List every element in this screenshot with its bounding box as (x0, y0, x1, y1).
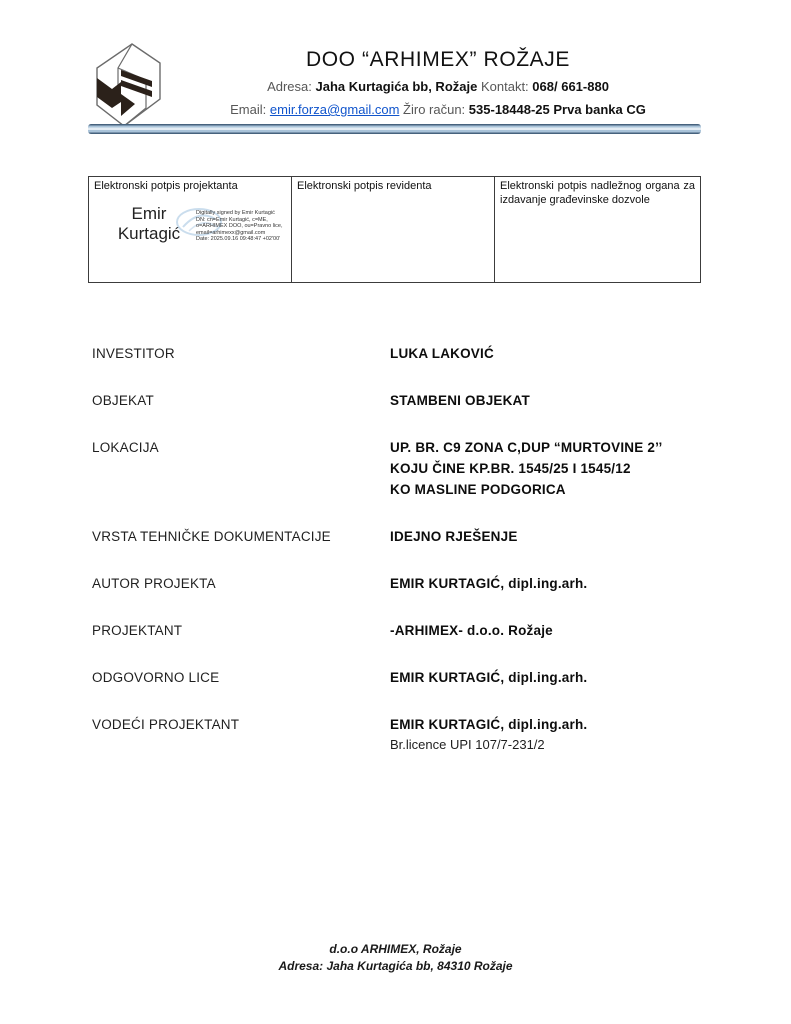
header-text-block: DOO “ARHIMEX” ROŽAJE Adresa: Jaha Kurtag… (174, 42, 702, 133)
info-row-lokacija: LOKACIJA UP. BR. C9 ZONA C,DUP “MURTOVIN… (92, 437, 702, 500)
info-value: EMIR KURTAGIĆ, dipl.ing.arh. (390, 667, 702, 688)
project-info: INVESTITOR LUKA LAKOVIĆ OBJEKAT STAMBENI… (92, 343, 702, 780)
licence-number: Br.licence UPI 107/7-231/2 (390, 735, 702, 754)
info-label: AUTOR PROJEKTA (92, 573, 390, 594)
email-link[interactable]: emir.forza@gmail.com (270, 102, 400, 117)
document-page: DOO “ARHIMEX” ROŽAJE Adresa: Jaha Kurtag… (0, 0, 791, 1024)
info-value: STAMBENI OBJEKAT (390, 390, 702, 411)
info-label: VRSTA TEHNIČKE DOKUMENTACIJE (92, 526, 390, 547)
contact-value: 068/ 661-880 (532, 79, 609, 94)
info-value: EMIR KURTAGIĆ, dipl.ing.arh. (390, 573, 702, 594)
info-label: OBJEKAT (92, 390, 390, 411)
header-divider-bar (88, 124, 701, 134)
info-label: LOKACIJA (92, 437, 390, 500)
info-value: -ARHIMEX- d.o.o. Rožaje (390, 620, 702, 641)
address-label: Adresa: (267, 79, 312, 94)
info-label: INVESTITOR (92, 343, 390, 364)
header-email-line: Email: emir.forza@gmail.com Žiro račun: … (174, 102, 702, 118)
signature-col3-header: Elektronski potpis nadležnog organa za i… (500, 180, 695, 207)
info-row-objekat: OBJEKAT STAMBENI OBJEKAT (92, 390, 702, 411)
contact-label: Kontakt: (481, 79, 529, 94)
info-row-vrsta-dokumentacije: VRSTA TEHNIČKE DOKUMENTACIJE IDEJNO RJEŠ… (92, 526, 702, 547)
signature-col2-header: Elektronski potpis revidenta (297, 180, 489, 194)
info-value: LUKA LAKOVIĆ (390, 343, 702, 364)
email-label: Email: (230, 102, 266, 117)
signature-cell-projektant: Elektronski potpis projektanta Emir Kurt… (89, 177, 291, 282)
arhimex-logo-icon (88, 42, 174, 133)
info-value: EMIR KURTAGIĆ, dipl.ing.arh. (390, 714, 702, 735)
info-label: PROJEKTANT (92, 620, 390, 641)
signature-col1-header: Elektronski potpis projektanta (94, 180, 286, 194)
info-row-investitor: INVESTITOR LUKA LAKOVIĆ (92, 343, 702, 364)
info-row-odgovorno-lice: ODGOVORNO LICE EMIR KURTAGIĆ, dipl.ing.a… (92, 667, 702, 688)
header-address-line: Adresa: Jaha Kurtagića bb, Rožaje Kontak… (174, 79, 702, 95)
footer-company-line: d.o.o ARHIMEX, Rožaje (0, 941, 791, 958)
signature-table: Elektronski potpis projektanta Emir Kurt… (88, 176, 701, 283)
info-value: IDEJNO RJEŠENJE (390, 526, 702, 547)
company-title: DOO “ARHIMEX” ROŽAJE (174, 48, 702, 72)
footer: d.o.o ARHIMEX, Rožaje Adresa: Jaha Kurta… (0, 941, 791, 975)
info-label: ODGOVORNO LICE (92, 667, 390, 688)
info-row-projektant: PROJEKTANT -ARHIMEX- d.o.o. Rožaje (92, 620, 702, 641)
info-label: VODEĆI PROJEKTANT (92, 714, 390, 754)
account-value: 535-18448-25 Prva banka CG (469, 102, 646, 117)
account-label: Žiro račun: (403, 102, 465, 117)
signature-cell-nadlezni-organ: Elektronski potpis nadležnog organa za i… (494, 177, 700, 282)
address-value: Jaha Kurtagića bb, Rožaje (316, 79, 478, 94)
digital-signature-details: Digitally signed by Emir Kurtagić DN: cn… (196, 210, 290, 243)
footer-address-line: Adresa: Jaha Kurtagića bb, 84310 Rožaje (0, 958, 791, 975)
signature-cell-revident: Elektronski potpis revidenta (291, 177, 494, 282)
info-value: UP. BR. C9 ZONA C,DUP “MURTOVINE 2’’ KOJ… (390, 437, 702, 500)
info-row-autor-projekta: AUTOR PROJEKTA EMIR KURTAGIĆ, dipl.ing.a… (92, 573, 702, 594)
header: DOO “ARHIMEX” ROŽAJE Adresa: Jaha Kurtag… (88, 42, 702, 133)
info-row-vodeci-projektant: VODEĆI PROJEKTANT EMIR KURTAGIĆ, dipl.in… (92, 714, 702, 754)
